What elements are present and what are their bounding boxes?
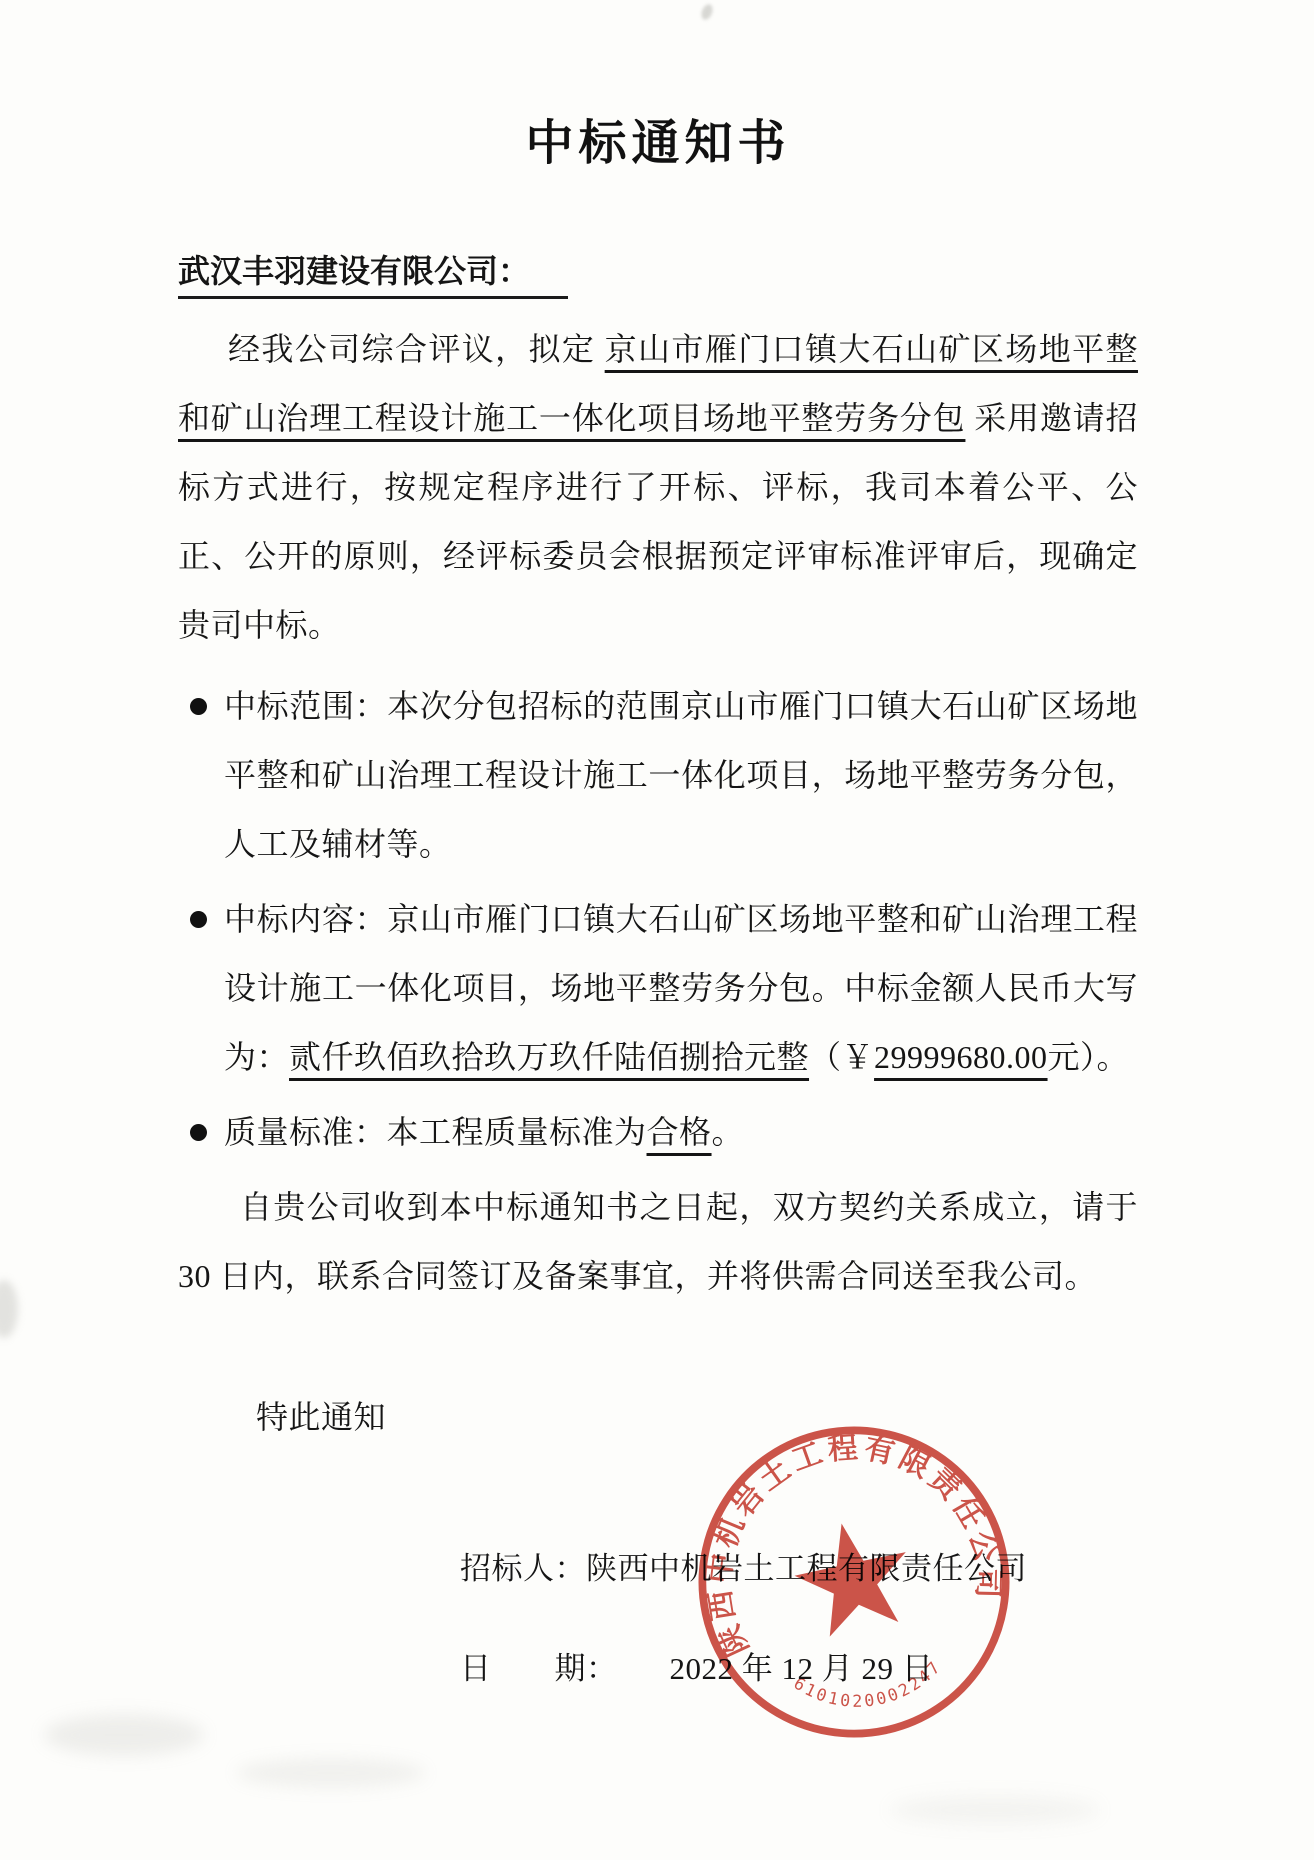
scan-artifact (44, 1714, 204, 1756)
scope-text: 中标范围：本次分包招标的范围京山市雁门口镇大石山矿区场地平整和矿山治理工程设计施… (224, 688, 1138, 862)
amount-in-words: 贰仟玖佰玖拾玖万玖仟陆佰捌拾元整 (289, 1039, 809, 1075)
amount-paren-close: 元）。 (1048, 1039, 1130, 1075)
addressee-name: 武汉丰羽建设有限公司： (178, 253, 568, 299)
amount-in-figures: 29999680.00 (874, 1039, 1048, 1075)
intro-paragraph: 经我公司综合评议，拟定 京山市雁门口镇大石山矿区场地平整和矿山治理工程设计施工一… (178, 315, 1138, 660)
closing-paragraph: 自贵公司收到本中标通知书之日起，双方契约关系成立，请于30 日内，联系合同签订及… (178, 1173, 1138, 1311)
date-label: 日 期： (460, 1651, 618, 1686)
point-content: 中标内容：京山市雁门口镇大石山矿区场地平整和矿山治理工程设计施工一体化项目，场地… (178, 885, 1138, 1092)
point-quality: 质量标准：本工程质量标准为合格。 (178, 1098, 1138, 1167)
award-points-list: 中标范围：本次分包招标的范围京山市雁门口镇大石山矿区场地平整和矿山治理工程设计施… (178, 672, 1138, 1167)
scan-artifact (236, 1758, 426, 1788)
company-seal-stamp: 陕西中机岩土工程有限责任公司 6101020002247 (657, 1385, 1051, 1779)
scan-artifact (890, 1796, 1100, 1824)
amount-paren-open: （￥ (809, 1039, 874, 1075)
scan-artifact (699, 3, 714, 22)
intro-lead: 经我公司综合评议，拟定 (228, 331, 605, 367)
addressee-line: 武汉丰羽建设有限公司： (178, 249, 1138, 293)
intro-rest: 采用邀请招标方式进行，按规定程序进行了开标、评标，我司本着公平、公正、公开的原则… (178, 400, 1138, 643)
seal-star-icon (786, 1512, 920, 1641)
point-scope: 中标范围：本次分包招标的范围京山市雁门口镇大石山矿区场地平整和矿山治理工程设计施… (178, 672, 1138, 879)
quality-grade: 合格 (647, 1114, 712, 1150)
quality-period: 。 (712, 1114, 745, 1150)
tenderer-label: 招标人： (460, 1551, 586, 1586)
award-notice-page: 中标通知书 武汉丰羽建设有限公司： 经我公司综合评议，拟定 京山市雁门口镇大石山… (0, 0, 1314, 1860)
notice-line: 特此通知 (178, 1395, 1138, 1439)
document-title: 中标通知书 (178, 104, 1138, 173)
document-body: 中标通知书 武汉丰羽建设有限公司： 经我公司综合评议，拟定 京山市雁门口镇大石山… (0, 104, 1314, 1691)
quality-lead: 质量标准：本工程质量标准为 (224, 1114, 647, 1150)
